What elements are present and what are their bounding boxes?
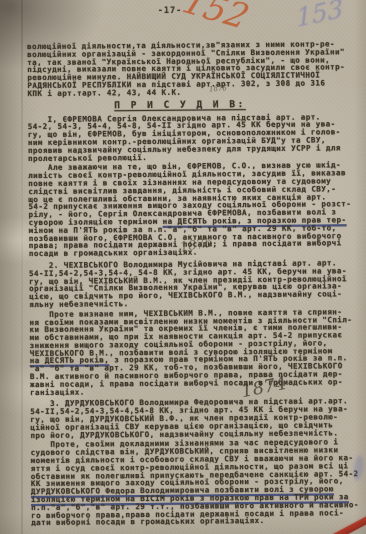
paper-fold-line: [21, 0, 23, 534]
scanned-document-page: -17- 152 153 1876 1876 1874 волюційної д…: [0, 0, 366, 534]
paragraph-continuation: волюційної діяльности,та діяльности,зв"я…: [27, 40, 362, 97]
paragraph-durdukovsky-sentence-basis: 3. ДУРДУКОВСЬКОГО Володимира Федоровича …: [30, 398, 365, 440]
handwritten-folio-number-blue: 153: [296, 0, 345, 32]
paragraph-text: Проте, своїми докладними зізнаннями за ч…: [30, 438, 358, 489]
paragraph-efremov-sentence-basis: І, ЄФРЕМОВА Сергія Олександровича на під…: [28, 113, 363, 163]
handwritten-folio-number-orange: 152: [177, 0, 253, 36]
paragraph-efremov-mitigation: Але зважаючи на те, що він, ЄФРЕМОВ, С.О…: [28, 161, 364, 257]
paragraph-text: Проте визнане ним, ЧЕХІВСЬКИМ В.М., повн…: [29, 307, 352, 358]
page-number: -17-: [0, 7, 340, 16]
paragraph-chekhivsky-sentence-basis: 2. ЧЕХІВСЬКОГО Володимира Мусійовича на …: [29, 259, 364, 309]
paragraph-durdukovsky-mitigation: Проте, своїми докладними зізнаннями за ч…: [30, 439, 366, 528]
paragraph-chekhivsky-mitigation: Проте визнане ним, ЧЕХІВСЬКИМ В.М., повн…: [29, 308, 365, 397]
typewritten-text-column: волюційної діяльности,та діяльности,зв"я…: [27, 40, 366, 529]
verdict-heading: П Р И С У Д И В:: [28, 98, 333, 112]
